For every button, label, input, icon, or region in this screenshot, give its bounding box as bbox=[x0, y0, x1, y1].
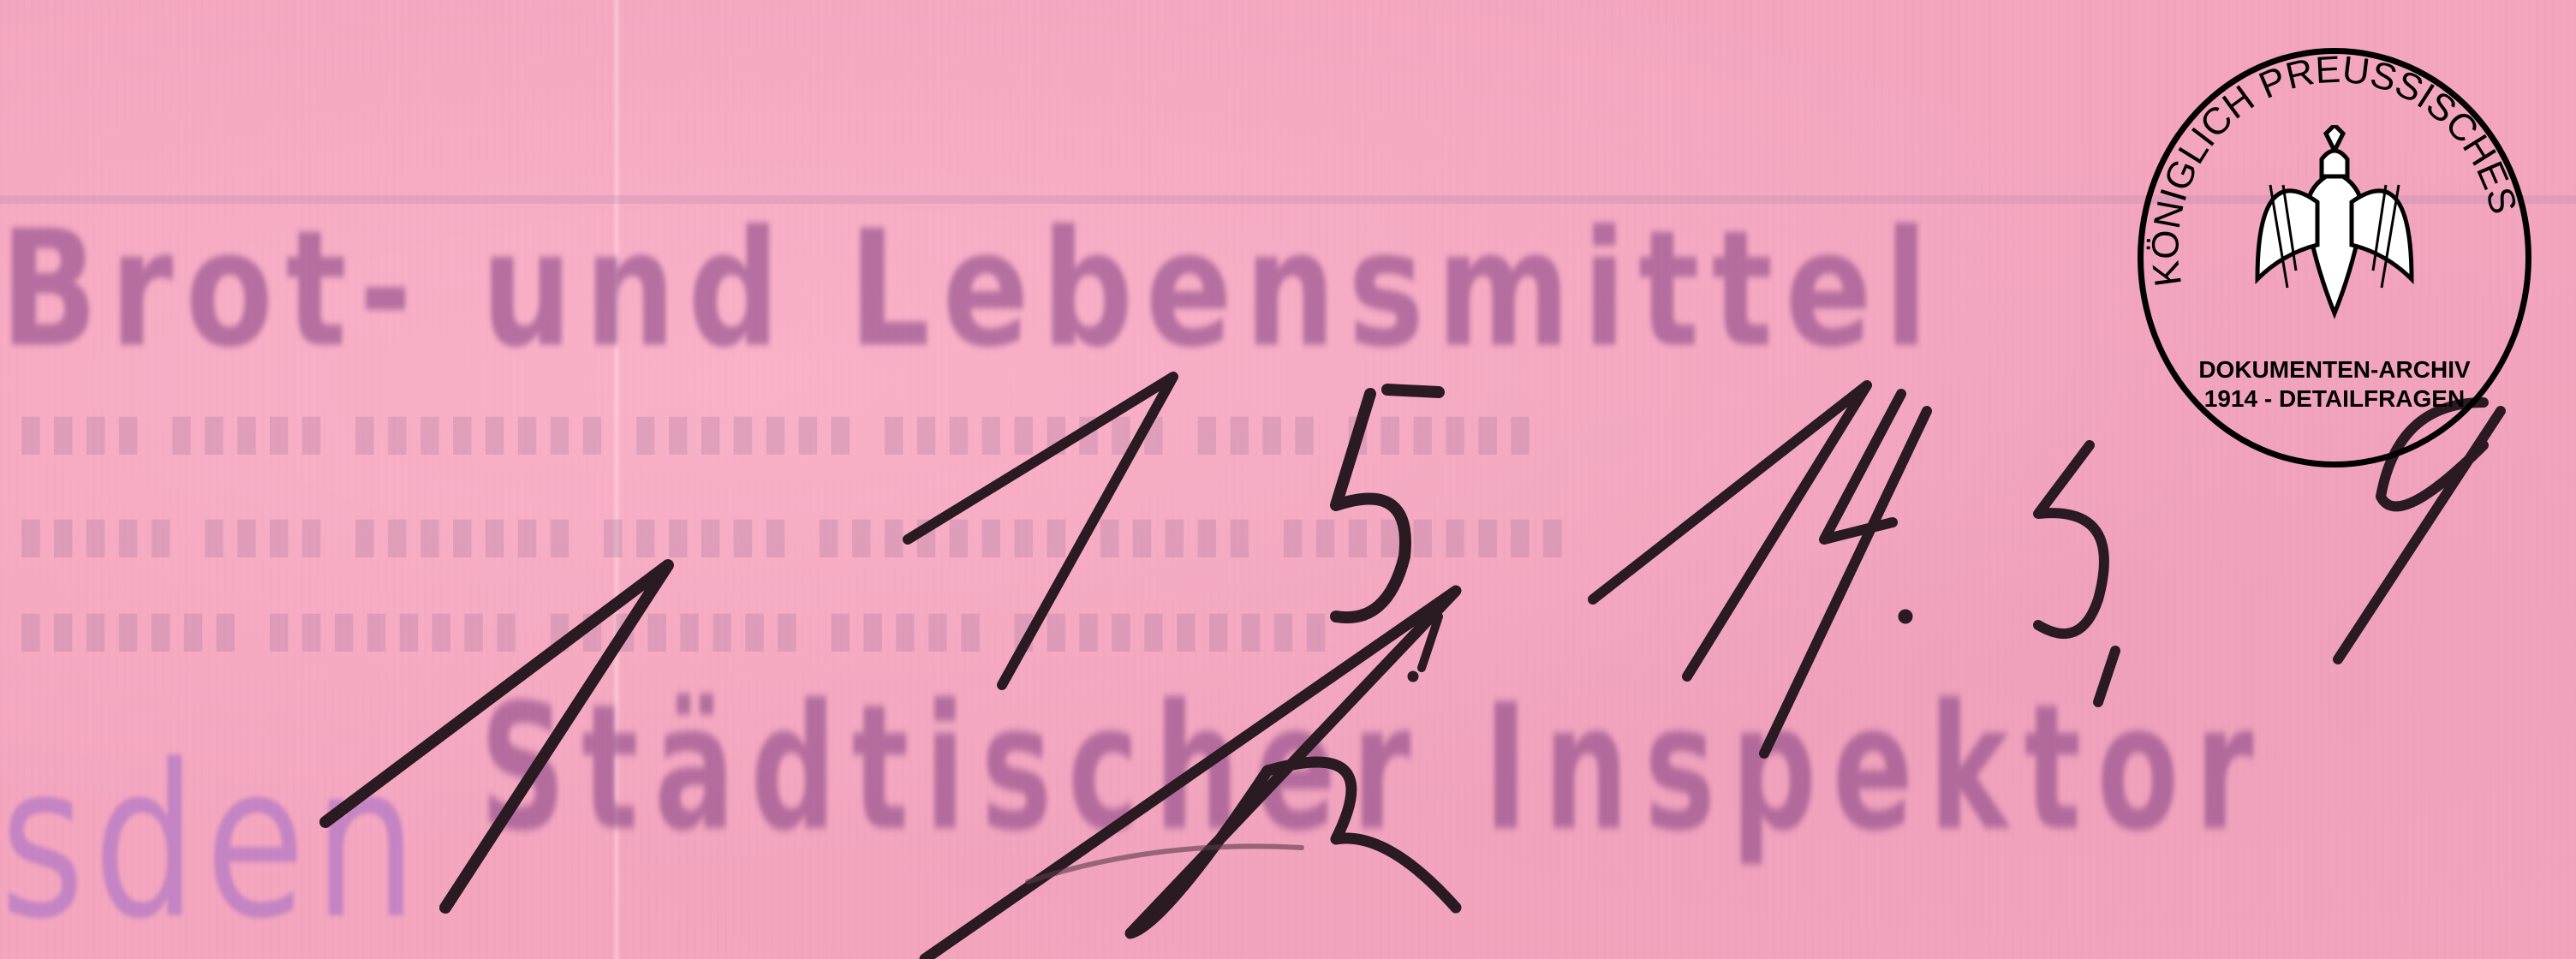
archive-watermark-seal: KÖNIGLICH PREUSSISCHES DOKUMENTEN-ARCHIV… bbox=[2138, 48, 2531, 468]
seal-line-2: 1914 - DETAILFRAGEN bbox=[2138, 385, 2531, 413]
prussian-eagle-icon bbox=[2240, 125, 2429, 331]
seal-line-1: DOKUMENTEN-ARCHIV bbox=[2138, 356, 2531, 384]
